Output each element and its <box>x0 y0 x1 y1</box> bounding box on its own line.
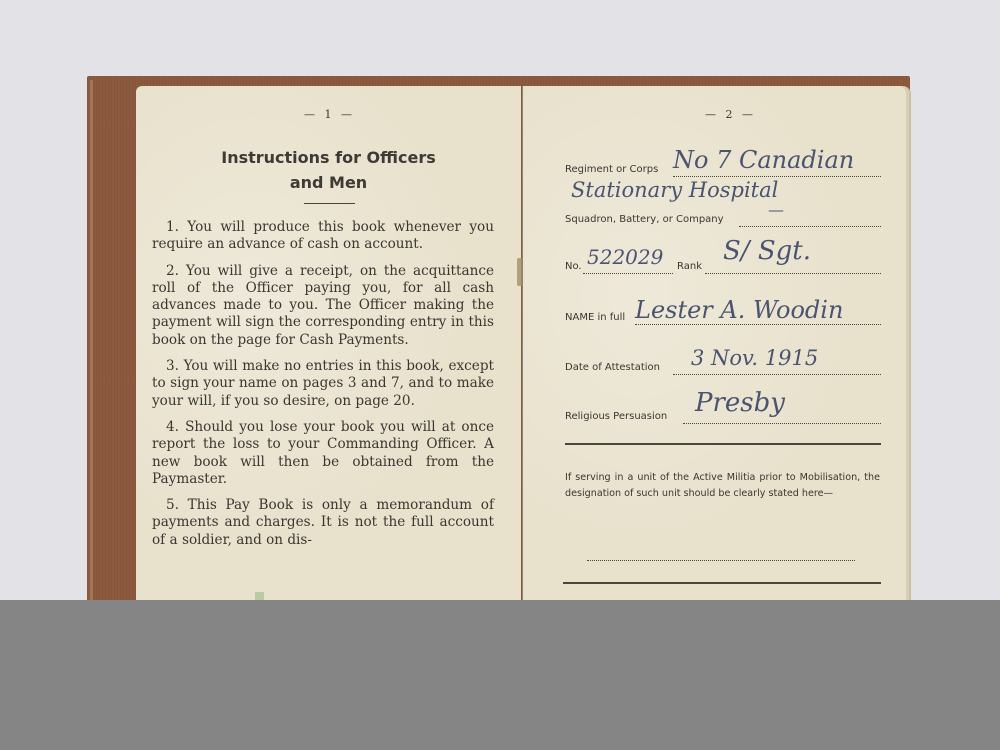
title-divider <box>304 203 355 204</box>
rank-dotted-line <box>705 273 881 274</box>
cover-spine-edge <box>90 80 93 600</box>
rank-handwritten: S/ Sgt. <box>723 236 811 266</box>
page-number-1: — 1 — <box>304 108 355 121</box>
occluding-gray-band <box>0 600 1000 750</box>
title-line-1: Instructions for Officers <box>136 145 521 170</box>
attestation-handwritten: 3 Nov. 1915 <box>691 346 818 370</box>
attestation-label: Date of Attestation <box>565 362 660 373</box>
title-line-2: and Men <box>136 170 521 195</box>
instruction-5: 5. This Pay Book is only a memorandum of… <box>152 497 494 549</box>
religion-dotted-line <box>683 423 881 424</box>
green-tab-marker <box>255 592 264 600</box>
right-page: — 2 — Regiment or Corps No 7 Canadian St… <box>522 86 909 606</box>
number-dotted-line <box>583 273 673 274</box>
regiment-dotted-line <box>673 176 881 177</box>
religion-handwritten: Presby <box>695 388 785 418</box>
bottom-rule <box>563 582 881 584</box>
rank-label: Rank <box>677 261 702 272</box>
regiment-label: Regiment or Corps <box>565 164 658 175</box>
militia-dotted-line <box>587 560 855 561</box>
regiment-handwritten-line2: Stationary Hospital <box>571 178 778 202</box>
instructions-list: 1. You will produce this book whenever y… <box>152 219 494 558</box>
attestation-dotted-line <box>673 374 881 375</box>
instruction-4: 4. Should you lose your book you will at… <box>152 419 494 488</box>
militia-note: If serving in a unit of the Active Milit… <box>565 470 880 502</box>
number-handwritten: 522029 <box>587 245 663 269</box>
instruction-1: 1. You will produce this book whenever y… <box>152 219 494 254</box>
instruction-2: 2. You will give a receipt, on the acqui… <box>152 263 494 349</box>
name-label: NAME in full <box>565 312 625 323</box>
squadron-dotted-line <box>739 226 881 227</box>
name-handwritten: Lester A. Woodin <box>635 296 843 324</box>
section-rule <box>565 443 881 445</box>
left-page: — 1 — Instructions for Officers and Men … <box>136 86 521 606</box>
page-title: Instructions for Officers and Men <box>136 145 521 195</box>
page-number-2: — 2 — <box>705 108 756 121</box>
squadron-label: Squadron, Battery, or Company <box>565 214 724 225</box>
number-label: No. <box>565 261 582 272</box>
regiment-handwritten: No 7 Canadian <box>673 146 854 174</box>
name-dotted-line <box>635 324 881 325</box>
instruction-3: 3. You will make no entries in this book… <box>152 358 494 410</box>
squadron-handwritten: — <box>768 200 784 219</box>
religion-label: Religious Persuasion <box>565 411 667 422</box>
